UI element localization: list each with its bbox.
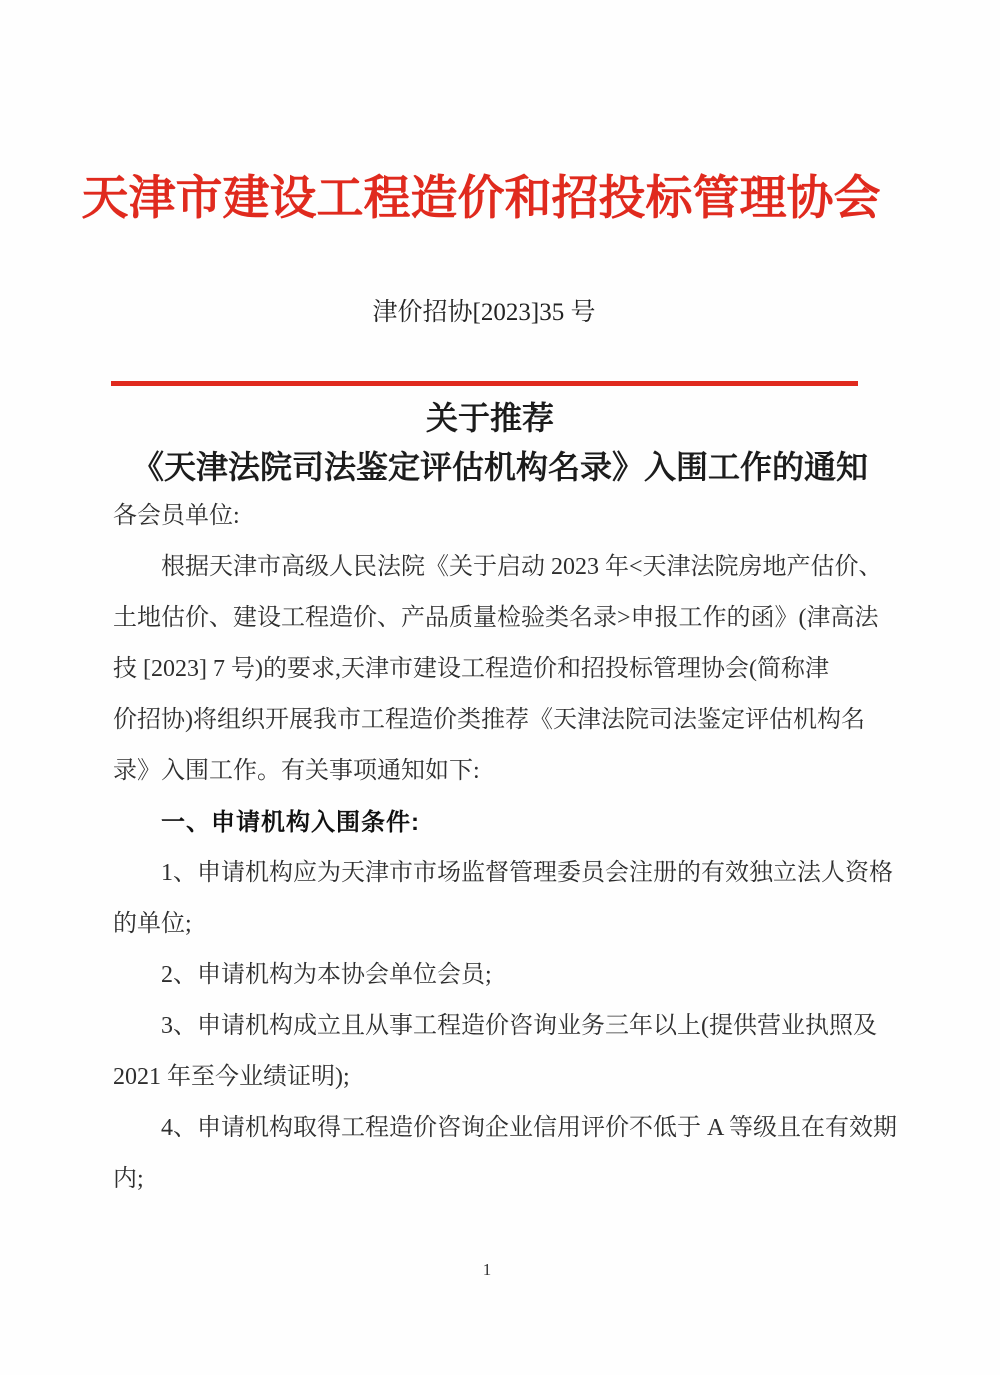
salutation: 各会员单位: [113,491,903,542]
header-divider-rule [111,381,858,386]
document-page: 天津市建设工程造价和招投标管理协会 津价招协[2023]35 号 关于推荐 《天… [0,0,1000,1375]
list-item-3: 3、申请机构成立且从事工程造价咨询业务三年以上(提供营业执照及 [113,1001,903,1052]
document-number: 津价招协[2023]35 号 [0,297,1000,329]
body-line: 技 [2023] 7 号)的要求,天津市建设工程造价和招投标管理协会(简称津 [113,644,903,695]
org-title: 天津市建设工程造价和招投标管理协会 [0,163,1000,235]
section-heading: 一、申请机构入围条件: [113,797,903,848]
body-line: 根据天津市高级人民法院《关于启动 2023 年<天津法院房地产估价、 [113,542,903,593]
notice-title-line2: 《天津法院司法鉴定评估机构名录》入围工作的通知 [0,447,1000,487]
notice-body: 各会员单位: 根据天津市高级人民法院《关于启动 2023 年<天津法院房地产估价… [113,491,903,1205]
notice-title-line1: 关于推荐 [0,399,1000,437]
page-number: 1 [0,1258,1000,1282]
list-item-1: 1、申请机构应为天津市市场监督管理委员会注册的有效独立法人资格 [113,848,903,899]
body-line: 价招协)将组织开展我市工程造价类推荐《天津法院司法鉴定评估机构名 [113,695,903,746]
list-item-2: 2、申请机构为本协会单位会员; [113,950,903,1001]
list-item-1-cont: 的单位; [113,899,903,950]
list-item-3-cont: 2021 年至今业绩证明); [113,1052,903,1103]
body-line: 录》入围工作。有关事项通知如下: [113,746,903,797]
list-item-4: 4、申请机构取得工程造价咨询企业信用评价不低于 A 等级且在有效期 [113,1103,903,1154]
list-item-4-cont: 内; [113,1154,903,1205]
body-line: 土地估价、建设工程造价、产品质量检验类名录>申报工作的函》(津高法 [113,593,903,644]
